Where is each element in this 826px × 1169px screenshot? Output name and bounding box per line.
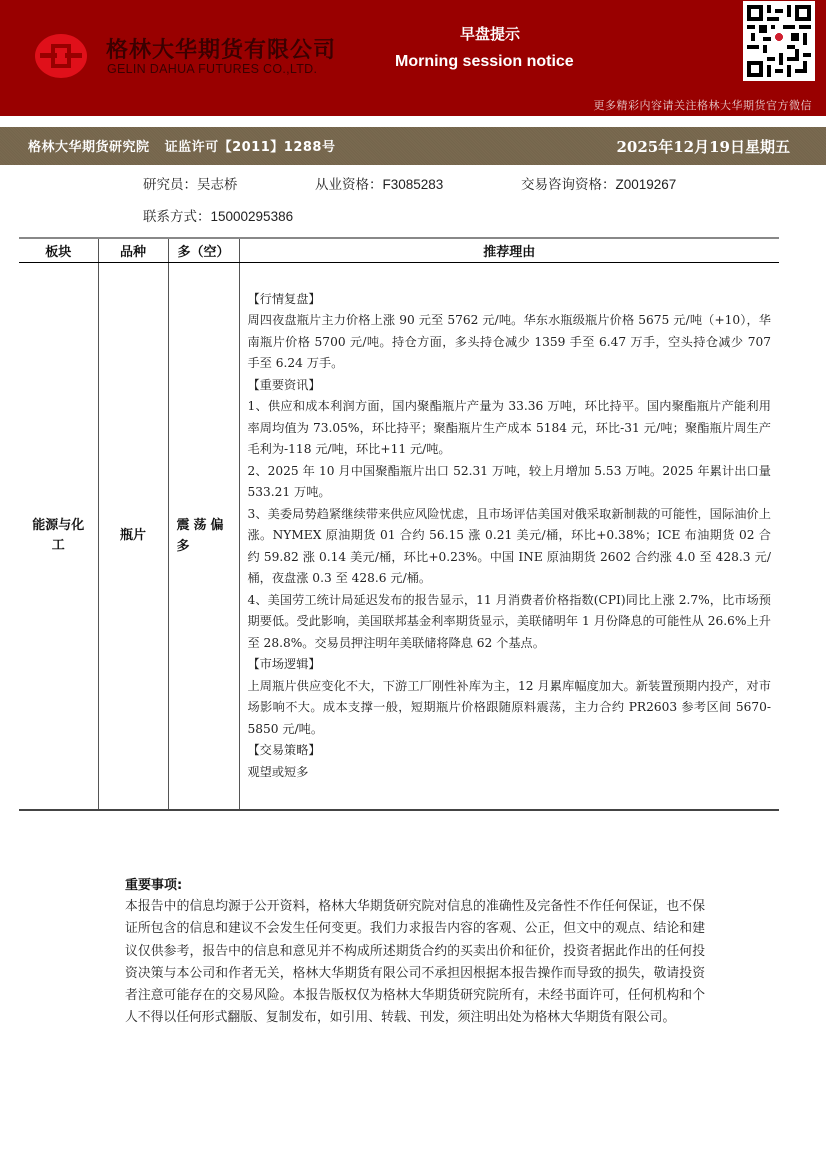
- section-title-market-review: 【行情复盘】: [248, 289, 772, 311]
- wechat-qr-code: [743, 1, 815, 81]
- contact-label: 联系方式：: [143, 209, 211, 225]
- researcher-label: 研究员：: [143, 177, 197, 193]
- license-number: 证监许可【2011】1288号: [165, 140, 336, 155]
- cell-sector: 能源与化工: [19, 262, 98, 810]
- market-review-paragraph: 周四夜盘瓶片主力价格上涨 90 元至 5762 元/吨。华东水瓶级瓶片价格 56…: [248, 310, 772, 375]
- company-logo-icon: [34, 33, 88, 79]
- key-news-item-1: 1、供应和成本利润方面，国内聚酯瓶片产量为 33.36 万吨，环比持平。国内聚酯…: [248, 396, 772, 461]
- notice-title-en: Morning session notice: [395, 53, 574, 71]
- key-news-item-2: 2、2025 年 10 月中国聚酯瓶片出口 52.31 万吨，较上月增加 5.5…: [248, 461, 772, 504]
- table-row: 能源与化工 瓶片 震荡偏多 【行情复盘】 周四夜盘瓶片主力价格上涨 90 元至 …: [19, 262, 779, 810]
- qr-code-icon: [747, 5, 811, 77]
- advisory-number: Z0019267: [616, 177, 677, 192]
- advisory-qualification: 交易咨询资格：Z0019267: [521, 173, 676, 193]
- advisory-label: 交易咨询资格：: [521, 177, 616, 193]
- qualification-label: 从业资格：: [315, 177, 383, 193]
- qualification-number: F3085283: [383, 177, 444, 192]
- researcher: 研究员：吴志桥: [143, 173, 238, 193]
- cell-reason: 【行情复盘】 周四夜盘瓶片主力价格上涨 90 元至 5762 元/吨。华东水瓶级…: [239, 262, 779, 810]
- header-reason: 推荐理由: [239, 238, 779, 262]
- key-news-item-3: 3、美委局势趋紧继续带来供应风险忧虑，且市场评估美国对俄采取新制裁的可能性，国际…: [248, 504, 772, 590]
- disclaimer: 重要事项: 本报告中的信息均源于公开资料，格林大华期货研究院对信息的准确性及完备…: [125, 876, 705, 1030]
- follow-wechat-text: 更多精彩内容请关注格林大华期货官方微信: [594, 97, 813, 113]
- researcher-name: 吴志桥: [197, 177, 238, 193]
- contact: 联系方式：15000295386: [143, 205, 293, 225]
- info-bar: 格林大华期货研究院 证监许可【2011】1288号 2025年12月19日星期五: [0, 127, 826, 165]
- notice-title-cn: 早盘提示: [460, 23, 520, 44]
- cell-direction: 震荡偏多: [168, 262, 239, 810]
- recommendation-table: 板块 品种 多（空） 推荐理由 能源与化工 瓶片 震荡偏多 【行情复盘】 周四夜…: [19, 237, 779, 811]
- company-name-cn: 格林大华期货有限公司: [106, 33, 336, 64]
- header-direction: 多（空）: [168, 238, 239, 262]
- institute-name: 格林大华期货研究院: [28, 140, 150, 155]
- qualification: 从业资格：F3085283: [315, 173, 443, 193]
- header-variety: 品种: [98, 238, 168, 262]
- section-title-key-news: 【重要资讯】: [248, 375, 772, 397]
- header-banner: 格林大华期货有限公司 GELIN DAHUA FUTURES CO.,LTD. …: [0, 0, 826, 116]
- cell-variety: 瓶片: [98, 262, 168, 810]
- section-title-trading-strategy: 【交易策略】: [248, 740, 772, 762]
- report-date: 2025年12月19日星期五: [617, 136, 791, 157]
- header-sector: 板块: [19, 238, 98, 262]
- table-header-row: 板块 品种 多（空） 推荐理由: [19, 238, 779, 262]
- contact-number: 15000295386: [211, 209, 294, 224]
- market-logic-paragraph: 上周瓶片供应变化不大，下游工厂刚性补库为主，12 月累库幅度加大。新装置预期内投…: [248, 676, 772, 741]
- disclaimer-title: 重要事项:: [125, 876, 705, 896]
- disclaimer-body: 本报告中的信息均源于公开资料，格林大华期货研究院对信息的准确性及完备性不作任何保…: [125, 896, 705, 1030]
- trading-strategy-paragraph: 观望或短多: [248, 762, 772, 784]
- institute-license: 格林大华期货研究院 证监许可【2011】1288号: [28, 136, 335, 155]
- key-news-item-4: 4、美国劳工统计局延迟发布的报告显示，11 月消费者价格指数(CPI)同比上涨 …: [248, 590, 772, 655]
- company-name-en: GELIN DAHUA FUTURES CO.,LTD.: [107, 62, 317, 76]
- section-title-market-logic: 【市场逻辑】: [248, 654, 772, 676]
